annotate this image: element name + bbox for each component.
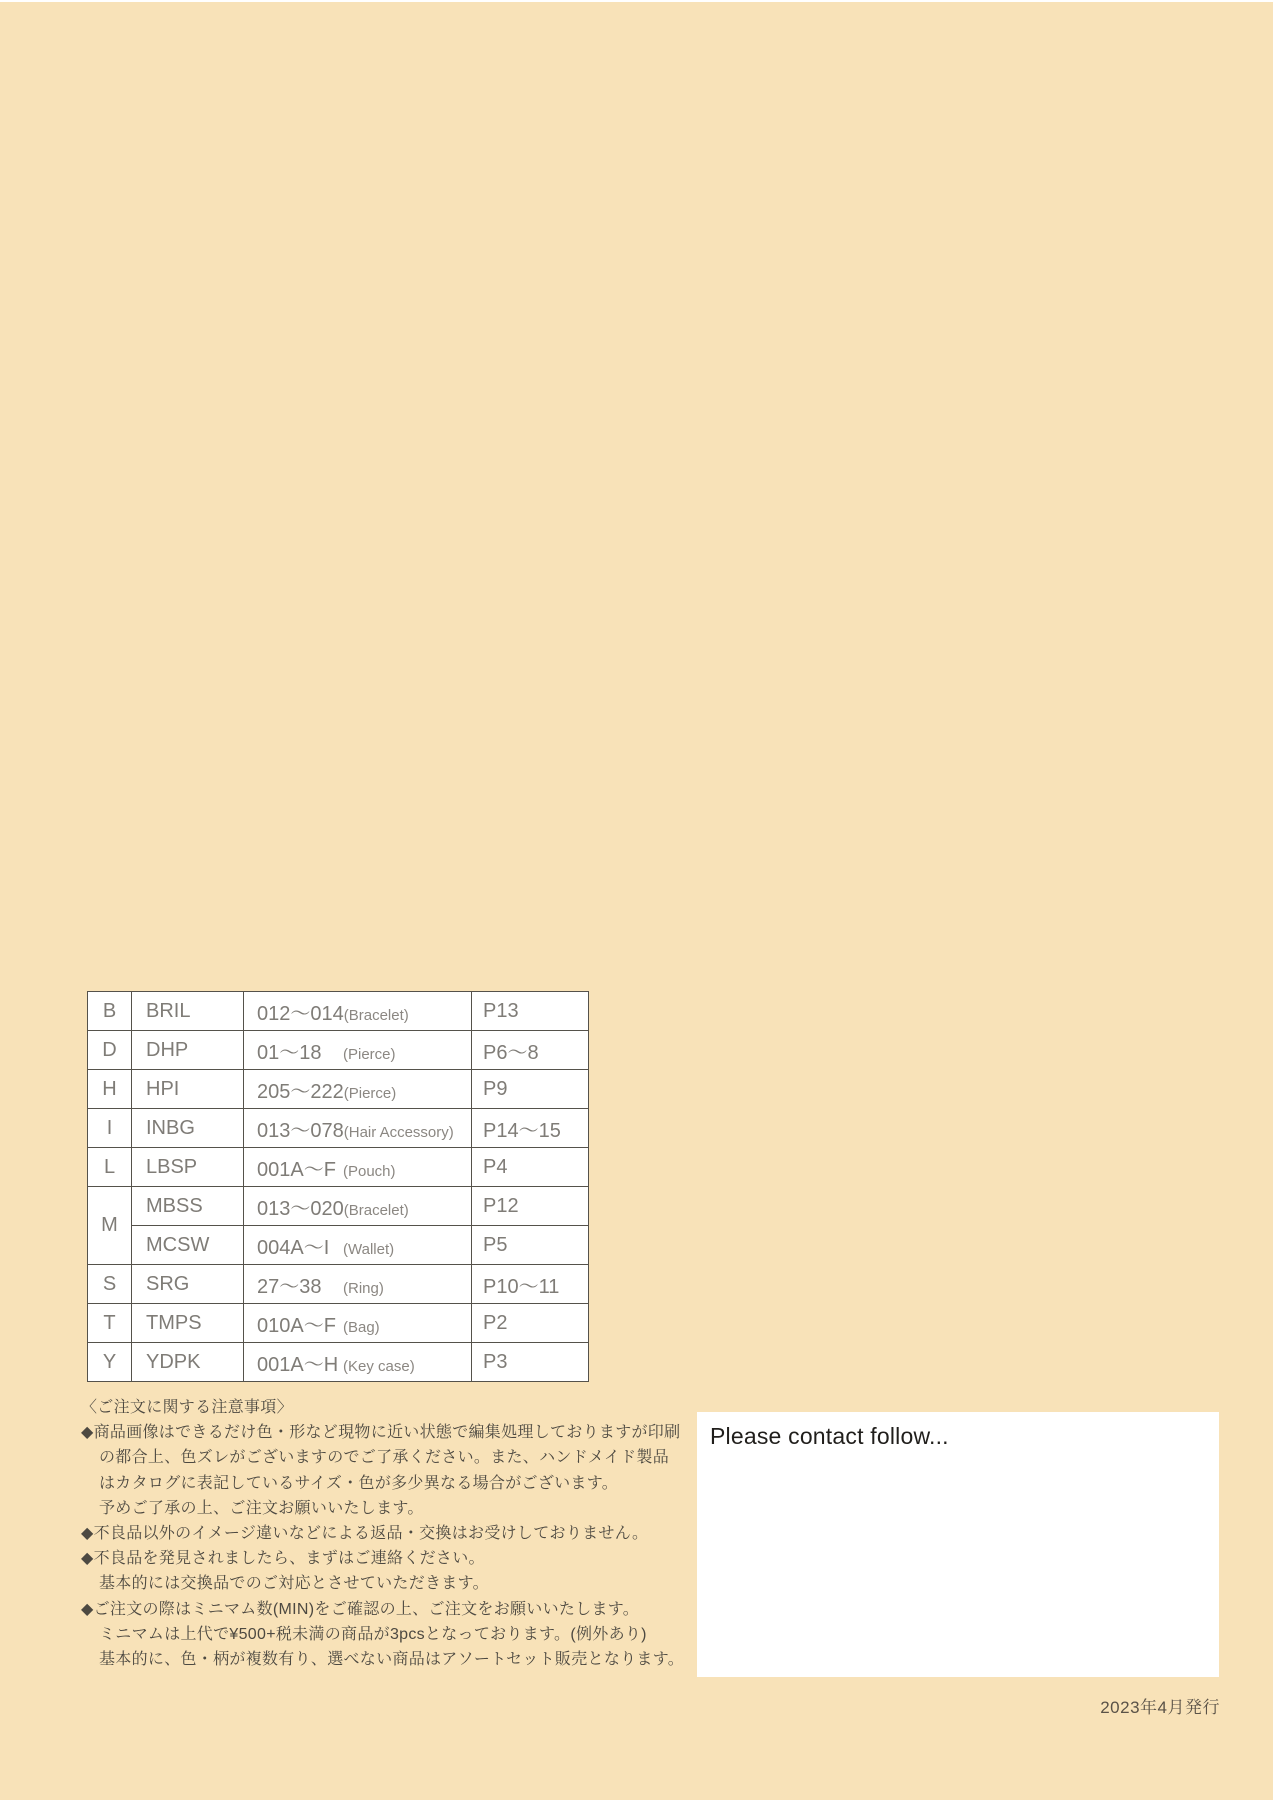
page-cell: P4 — [472, 1148, 589, 1187]
code-range: 013〜078 — [257, 1114, 344, 1143]
code-cell: LBSP — [132, 1148, 244, 1187]
letter-cell: L — [88, 1148, 132, 1187]
note-line: はカタログに表記しているサイズ・色が多少異なる場合がございます。 — [81, 1471, 711, 1496]
note-line: 基本的には交換品でのご対応とさせていただきます。 — [81, 1571, 711, 1596]
category-label: (Key case) — [343, 1358, 415, 1375]
code-cell: TMPS — [132, 1304, 244, 1343]
category-label: (Wallet) — [343, 1241, 394, 1258]
table-row: L LBSP 001A〜F(Pouch) P4 — [88, 1148, 589, 1187]
page-top-edge — [0, 0, 1273, 2]
product-index-table: B BRIL 012〜014(Bracelet) P13 D DHP 01〜18… — [87, 991, 589, 1382]
contact-info-box: Please contact follow... — [697, 1412, 1219, 1677]
range-cell: 001A〜F(Pouch) — [244, 1148, 472, 1187]
code-cell: INBG — [132, 1109, 244, 1148]
table-row: B BRIL 012〜014(Bracelet) P13 — [88, 992, 589, 1031]
order-notes-section: 〈ご注文に関する注意事項〉 ◆商品画像はできるだけ色・形など現物に近い状態で編集… — [81, 1395, 711, 1672]
code-cell: HPI — [132, 1070, 244, 1109]
page-cell: P2 — [472, 1304, 589, 1343]
range-cell: 27〜38(Ring) — [244, 1265, 472, 1304]
letter-cell: S — [88, 1265, 132, 1304]
code-range: 001A〜F — [257, 1153, 343, 1182]
note-line: 予めご了承の上、ご注文お願いいたします。 — [81, 1496, 711, 1521]
code-range: 01〜18 — [257, 1036, 343, 1065]
note-line: ミニマムは上代で¥500+税未満の商品が3pcsとなっております。(例外あり) — [81, 1622, 711, 1647]
code-cell: BRIL — [132, 992, 244, 1031]
table-row: H HPI 205〜222(Pierce) P9 — [88, 1070, 589, 1109]
code-cell: SRG — [132, 1265, 244, 1304]
page-cell: P5 — [472, 1226, 589, 1265]
letter-cell: B — [88, 992, 132, 1031]
letter-cell: H — [88, 1070, 132, 1109]
code-cell: MBSS — [132, 1187, 244, 1226]
contact-message: Please contact follow... — [697, 1412, 1219, 1450]
note-line: ◆不良品以外のイメージ違いなどによる返品・交換はお受けしておりません。 — [81, 1521, 711, 1546]
category-label: (Pierce) — [343, 1046, 396, 1063]
range-cell: 013〜078(Hair Accessory) — [244, 1109, 472, 1148]
code-range: 004A〜I — [257, 1231, 343, 1260]
letter-cell: D — [88, 1031, 132, 1070]
letter-cell: I — [88, 1109, 132, 1148]
catalog-back-page: B BRIL 012〜014(Bracelet) P13 D DHP 01〜18… — [0, 0, 1273, 1800]
range-cell: 01〜18(Pierce) — [244, 1031, 472, 1070]
note-line: ◆ご注文の際はミニマム数(MIN)をご確認の上、ご注文をお願いいたします。 — [81, 1597, 711, 1622]
code-range: 010A〜F — [257, 1309, 343, 1338]
page-cell: P12 — [472, 1187, 589, 1226]
category-label: (Bracelet) — [344, 1202, 409, 1219]
page-cell: P10〜11 — [472, 1265, 589, 1304]
range-cell: 013〜020(Bracelet) — [244, 1187, 472, 1226]
table-row: MCSW 004A〜I(Wallet) P5 — [88, 1226, 589, 1265]
category-label: (Pierce) — [344, 1085, 397, 1102]
code-range: 205〜222 — [257, 1075, 344, 1104]
code-range: 012〜014 — [257, 997, 344, 1026]
page-cell: P9 — [472, 1070, 589, 1109]
range-cell: 001A〜H(Key case) — [244, 1343, 472, 1382]
note-line: の都合上、色ズレがございますのでご了承ください。また、ハンドメイド製品 — [81, 1445, 711, 1470]
table-row: M MBSS 013〜020(Bracelet) P12 — [88, 1187, 589, 1226]
code-cell: YDPK — [132, 1343, 244, 1382]
range-cell: 012〜014(Bracelet) — [244, 992, 472, 1031]
note-line: 基本的に、色・柄が複数有り、選べない商品はアソートセット販売となります。 — [81, 1647, 711, 1672]
category-label: (Bracelet) — [344, 1007, 409, 1024]
category-label: (Pouch) — [343, 1163, 396, 1180]
page-cell: P14〜15 — [472, 1109, 589, 1148]
letter-cell: M — [88, 1187, 132, 1265]
code-range: 27〜38 — [257, 1270, 343, 1299]
category-label: (Ring) — [343, 1280, 384, 1297]
code-range: 001A〜H — [257, 1348, 343, 1377]
code-cell: DHP — [132, 1031, 244, 1070]
range-cell: 205〜222(Pierce) — [244, 1070, 472, 1109]
category-label: (Bag) — [343, 1319, 380, 1336]
code-cell: MCSW — [132, 1226, 244, 1265]
letter-cell: T — [88, 1304, 132, 1343]
note-line: ◆商品画像はできるだけ色・形など現物に近い状態で編集処理しておりますが印刷 — [81, 1420, 711, 1445]
code-range: 013〜020 — [257, 1192, 344, 1221]
table-row: T TMPS 010A〜F(Bag) P2 — [88, 1304, 589, 1343]
range-cell: 010A〜F(Bag) — [244, 1304, 472, 1343]
page-cell: P6〜8 — [472, 1031, 589, 1070]
page-cell: P3 — [472, 1343, 589, 1382]
range-cell: 004A〜I(Wallet) — [244, 1226, 472, 1265]
notes-heading: 〈ご注文に関する注意事項〉 — [81, 1395, 711, 1420]
table-row: S SRG 27〜38(Ring) P10〜11 — [88, 1265, 589, 1304]
page-cell: P13 — [472, 992, 589, 1031]
category-label: (Hair Accessory) — [344, 1124, 454, 1141]
note-line: ◆不良品を発見されましたら、まずはご連絡ください。 — [81, 1546, 711, 1571]
table-row: D DHP 01〜18(Pierce) P6〜8 — [88, 1031, 589, 1070]
issue-date: 2023年4月発行 — [1100, 1693, 1220, 1718]
letter-cell: Y — [88, 1343, 132, 1382]
table-row: Y YDPK 001A〜H(Key case) P3 — [88, 1343, 589, 1382]
table-row: I INBG 013〜078(Hair Accessory) P14〜15 — [88, 1109, 589, 1148]
